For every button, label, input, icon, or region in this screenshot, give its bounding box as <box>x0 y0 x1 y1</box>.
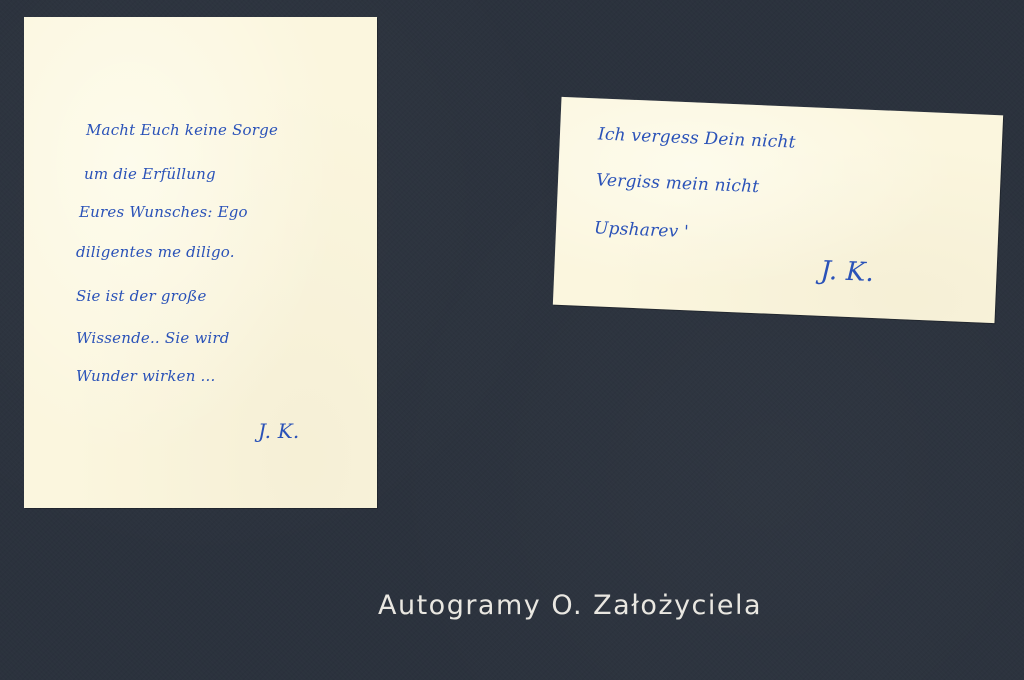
handwritten-line: um die Erfüllung <box>84 165 216 183</box>
handwritten-line: Macht Euch keine Sorge <box>86 121 278 139</box>
handwritten-line: Upsharev ' <box>594 218 690 242</box>
handwritten-line: Wissende.. Sie wird <box>76 329 230 347</box>
handwritten-line: Vergiss mein nicht <box>596 170 760 197</box>
signature: J. K. <box>258 419 299 443</box>
album-page: Macht Euch keine Sorge um die Erfüllung … <box>0 0 1024 680</box>
signature: J. K. <box>820 256 875 288</box>
handwritten-line: Sie ist der große <box>76 287 207 305</box>
autograph-card-left: Macht Euch keine Sorge um die Erfüllung … <box>24 17 377 508</box>
album-caption: Autogramy O. Założyciela <box>378 590 762 621</box>
handwritten-line: Ich vergess Dein nicht <box>598 124 796 152</box>
handwritten-line: Wunder wirken ... <box>76 367 215 385</box>
handwritten-line: diligentes me diligo. <box>76 243 235 261</box>
handwritten-line: Eures Wunsches: Ego <box>79 203 248 221</box>
autograph-card-right: Ich vergess Dein nicht Vergiss mein nich… <box>553 97 1003 323</box>
